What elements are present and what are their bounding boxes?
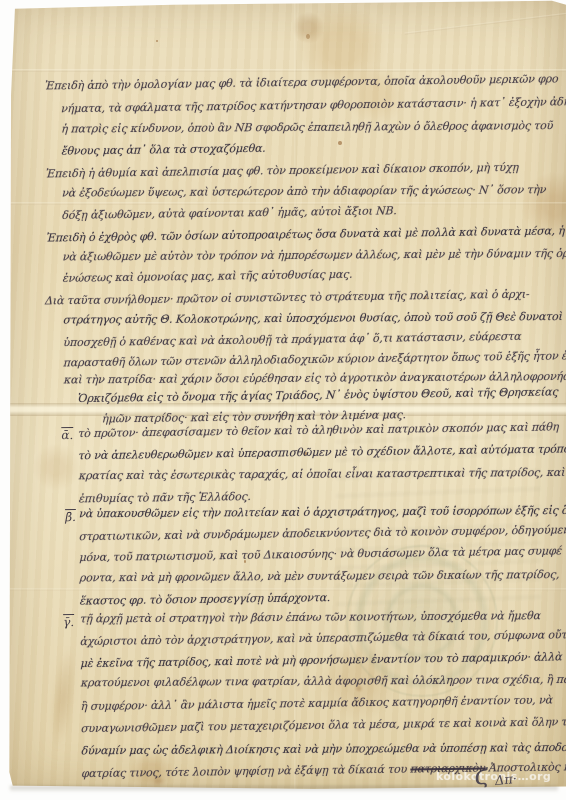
handwritten-line: μὲ ἐκεῖνα τῆς πατρίδος, καὶ ποτὲ νὰ μὴ φ… — [80, 650, 563, 671]
paragraph-marker: ᾱ. — [61, 428, 73, 442]
handwritten-line: μόνα, τοῦ πατριωτισμοῦ, καὶ τοῦ Δικαιοσύ… — [79, 544, 562, 565]
handwritten-line: Ἐπειδὴ ἡ ἀθυμία καὶ ἀπελπισία μας φθ. τὸ… — [45, 161, 519, 182]
handwritten-line: τὸ νὰ ἀπελευθερωθῶμεν καὶ ὑπερασπισθῶμεν… — [78, 442, 566, 464]
manuscript-paper: Ἐπειδὴ ἀπὸ τὴν ὁμολογίαν μας φθ. τὰ ἰδια… — [6, 0, 566, 792]
handwritten-line: νὰ ἀξιωθῶμεν μὲ αὐτὸν τὸν τρόπον νὰ ἠμπο… — [62, 247, 566, 265]
handwritten-line: στράτηγος αὐτῆς Θ. Κολοκοτρώνης, καὶ ὑπο… — [63, 310, 563, 327]
handwritten-line: καὶ τὴν πατρίδα· καὶ χάριν ὅσοι εὑρέθησα… — [63, 369, 566, 387]
handwritten-line: στρατιωτικῶν, καὶ νὰ συνδράμωμεν ἀποδεικ… — [79, 523, 566, 544]
handwritten-line: Διὰ ταῦτα συνήλθομεν· πρῶτον οἱ συνιστῶν… — [45, 288, 530, 309]
handwritten-line: δόξῃ ἀξιωθῶμεν, αὐτὰ φαίνονται καθ᾽ ἡμᾶς… — [62, 204, 397, 223]
handwritten-line: νὰ ὑπακουσθῶμεν εἰς τὴν πολιτείαν καὶ ὁ … — [79, 504, 566, 522]
handwritten-line: τῇ ἀρχῇ μετὰ οἱ στρατηγοὶ τὴν βάσιν ἐπάν… — [80, 609, 542, 626]
handwritten-line: δύναμίν μας ὡς ἀδελφικὴ Διοίκησις καὶ νὰ… — [81, 741, 566, 759]
paragraph-marker: β̄. — [65, 510, 76, 524]
handwritten-line: ἑνώσεως καὶ ὁμονοίας μας, καὶ τῆς αὐτοθυ… — [62, 268, 352, 286]
paragraph-marker: γ̄. — [63, 615, 74, 629]
paper-edge-shadow — [10, 786, 558, 792]
handwritten-line: Ὁρκιζόμεθα εἰς τὸ ὄνομα τῆς ἁγίας Τριάδο… — [78, 385, 559, 406]
handwritten-line: ὑποσχεθῇ ὁ καθένας καὶ νὰ ἀκολουθῇ τὰ πρ… — [63, 330, 522, 350]
handwritten-line: κρατίας καὶ τὰς ἐσωτερικὰς ταραχάς, αἱ ὁ… — [78, 465, 566, 483]
handwritten-line: ροντα, καὶ νὰ μὴ φρονῶμεν ἄλλο, νὰ μὲν σ… — [79, 568, 560, 585]
handwritten-line: ἐπιθυμίας τὸ πᾶν τῆς Ἑλλάδος. — [79, 490, 252, 506]
handwritten-line: Ἐπειδὴ ὁ ἐχθρὸς φθ. τῶν ὁσίων αὐτοπροαιρ… — [46, 224, 566, 246]
handwriting-layer: Ἐπειδὴ ἀπὸ τὴν ὁμολογίαν μας φθ. τὰ ἰδια… — [2, 0, 566, 795]
handwritten-line: Ἐπειδὴ ἀπὸ τὴν ὁμολογίαν μας φθ. τὰ ἰδια… — [45, 72, 559, 93]
handwritten-line: ἀχώριστοι ἀπὸ τὸν ἀρχιστράτηγον, καὶ νὰ … — [80, 628, 566, 649]
handwritten-line: νὰ ἐξοδεύωμεν ὕψεως, καὶ ὑστερώτερον ἀπὸ… — [62, 183, 547, 200]
handwritten-line: κρατούμενοι φιλαδέλφων τινα φατρίαν, ἀλλ… — [80, 673, 566, 691]
handwritten-line: συναγωνισθῶμεν μαζὶ του μεταχειριζόμενοι… — [81, 715, 566, 736]
scanned-photo: Ἐπειδὴ ἀπὸ τὴν ὁμολογίαν μας φθ. τὰ ἰδια… — [0, 0, 566, 800]
handwritten-line: ἢ συμφέρον· ἀλλ᾽ ἂν μάλιστα ἡμεῖς ποτὲ κ… — [81, 693, 554, 714]
handwritten-line: ἕκαστος φρ. τὸ ὅσιον προσεγγίσῃ ὑπάρχοντ… — [80, 591, 331, 609]
handwritten-line: ἡ πατρὶς εἰς κίνδυνον, ὁποὺ ἂν ΝΒ σφοδρῶ… — [61, 119, 554, 136]
handwritten-line: ἔθνους μας ἀπ᾽ ὅλα τὰ στοχαζόμεθα. — [61, 142, 266, 159]
handwritten-line: νήματα, τὰ σφάλματα τῆς πατρίδος κατήντη… — [61, 95, 566, 116]
handwritten-line: παρασταθῆ ὅλων τῶν στενῶν ἀλληλοδιαδοχικ… — [63, 349, 566, 371]
